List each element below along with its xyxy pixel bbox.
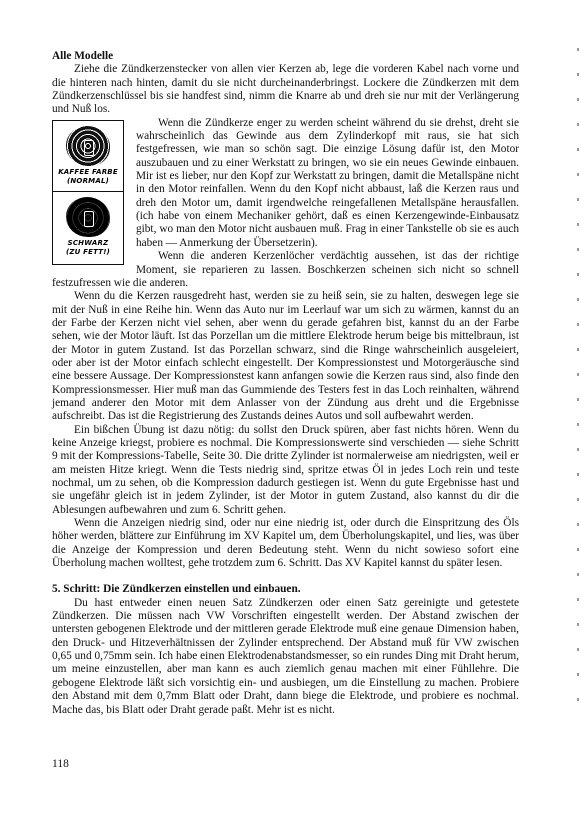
spark-plug-figure: KAFFEE FARBE (NORMAL) SCHWARZ (ZU FETT!): [52, 120, 124, 265]
spark-plug-normal-icon: [66, 126, 110, 166]
figure-panel-normal: KAFFEE FARBE (NORMAL): [53, 121, 123, 193]
section-heading: Alle Modelle: [52, 50, 519, 63]
step5-title: 5. Schritt: Die Zündkerzen einstellen un…: [52, 583, 519, 596]
paragraph-gap-setting: Du hast entweder einen neuen Satz Zündke…: [52, 597, 519, 717]
spark-plug-fouled-icon: [66, 197, 110, 237]
scan-binding-marks: [577, 48, 580, 748]
figure-caption-normal: KAFFEE FARBE (NORMAL): [53, 168, 123, 186]
paragraph-compression-test: Wenn du die Kerzen rausgedreht hast, wer…: [52, 290, 519, 423]
figure-panel-fouled: SCHWARZ (ZU FETT!): [53, 192, 123, 264]
page-body: Alle Modelle Ziehe die Zündkerzenstecker…: [52, 50, 519, 717]
paragraph-low-readings: Wenn die Anzeigen niedrig sind, oder nur…: [52, 517, 519, 570]
paragraph-remove-plugs: Ziehe die Zündkerzenstecker von allen vi…: [52, 63, 519, 116]
paragraph-practice: Ein bißchen Übung ist dazu nötig: du sol…: [52, 424, 519, 517]
page-number: 118: [52, 758, 69, 770]
figure-caption-fouled: SCHWARZ (ZU FETT!): [53, 239, 123, 257]
